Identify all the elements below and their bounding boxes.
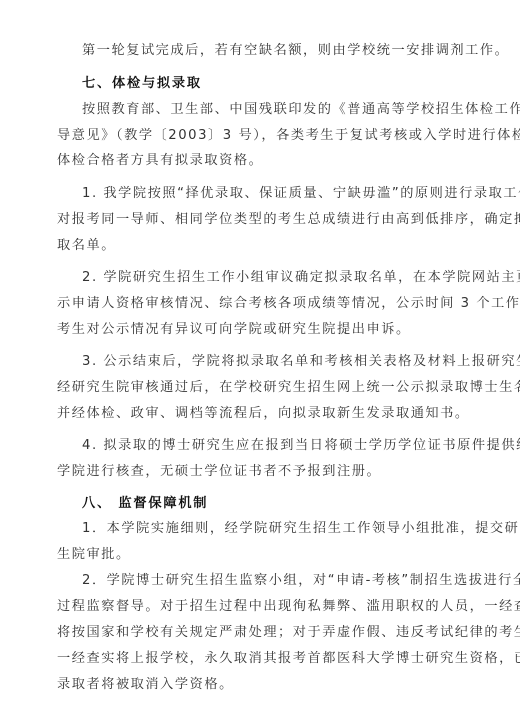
paragraph-line: 2. 学院研究生招生工作小组审议确定拟录取名单，在本学院网站主页公: [82, 270, 520, 286]
paragraph-line: 导意见》（教学〔2003〕3 号），各类考生于复试考核或入学时进行体检，: [57, 128, 520, 144]
document-page: 第一轮复试完成后，若有空缺名额，则由学校统一安排调剂工作。 七、体检与拟录取 按…: [0, 0, 520, 719]
paragraph-line: 1. 我学院按照“择优录取、保证质量、宁缺毋滥”的原则进行录取工作，: [82, 186, 520, 202]
section-heading-8: 八、 监督保障机制: [82, 496, 208, 512]
paragraph-line: 示申请人资格审核情况、综合考核各项成绩等情况，公示时间 3 个工作日。: [57, 296, 520, 312]
paragraph-line: 3. 公示结束后，学院将拟录取名单和考核相关表格及材料上报研究生院，: [82, 354, 520, 370]
paragraph-line: 学院进行核查，无硕士学位证书者不予报到注册。: [57, 464, 381, 480]
paragraph-line: 第一轮复试完成后，若有空缺名额，则由学校统一安排调剂工作。: [82, 43, 509, 59]
paragraph-line: 1．本学院实施细则，经学院研究生招生工作领导小组批准，提交研究: [82, 521, 520, 537]
paragraph-line: 并经体检、政审、调档等流程后，向拟录取新生发录取通知书。: [57, 406, 470, 422]
paragraph-line: 取名单。: [57, 238, 116, 254]
paragraph-line: 经研究生院审核通过后，在学校研究生招生网上统一公示拟录取博士生名单，: [57, 380, 520, 396]
paragraph-line: 生院审批。: [57, 547, 131, 563]
paragraph-line: 按照教育部、卫生部、中国残联印发的《普通高等学校招生体检工作指: [82, 102, 520, 118]
paragraph-line: 对报考同一导师、相同学位类型的考生总成绩进行由高到低排序，确定拟录: [57, 212, 520, 228]
paragraph-line: 体检合格者方具有拟录取资格。: [57, 153, 263, 169]
paragraph-line: 过程监察督导。对于招生过程中出现徇私舞弊、滥用职权的人员，一经查实: [57, 599, 520, 615]
paragraph-line: 考生对公示情况有异议可向学院或研究生院提出申诉。: [57, 322, 411, 338]
paragraph-line: 将按国家和学校有关规定严肃处理；对于弄虚作假、违反考试纪律的考生，: [57, 625, 520, 641]
section-heading-7: 七、体检与拟录取: [82, 76, 202, 92]
paragraph-line: 2．学院博士研究生招生监察小组，对“申请-考核”制招生选拔进行全: [82, 573, 520, 589]
paragraph-line: 4. 拟录取的博士研究生应在报到当日将硕士学历学位证书原件提供给: [82, 438, 520, 454]
paragraph-line: 录取者将被取消入学资格。: [57, 677, 234, 693]
paragraph-line: 一经查实将上报学校，永久取消其报考首都医科大学博士研究生资格，已被: [57, 651, 520, 667]
